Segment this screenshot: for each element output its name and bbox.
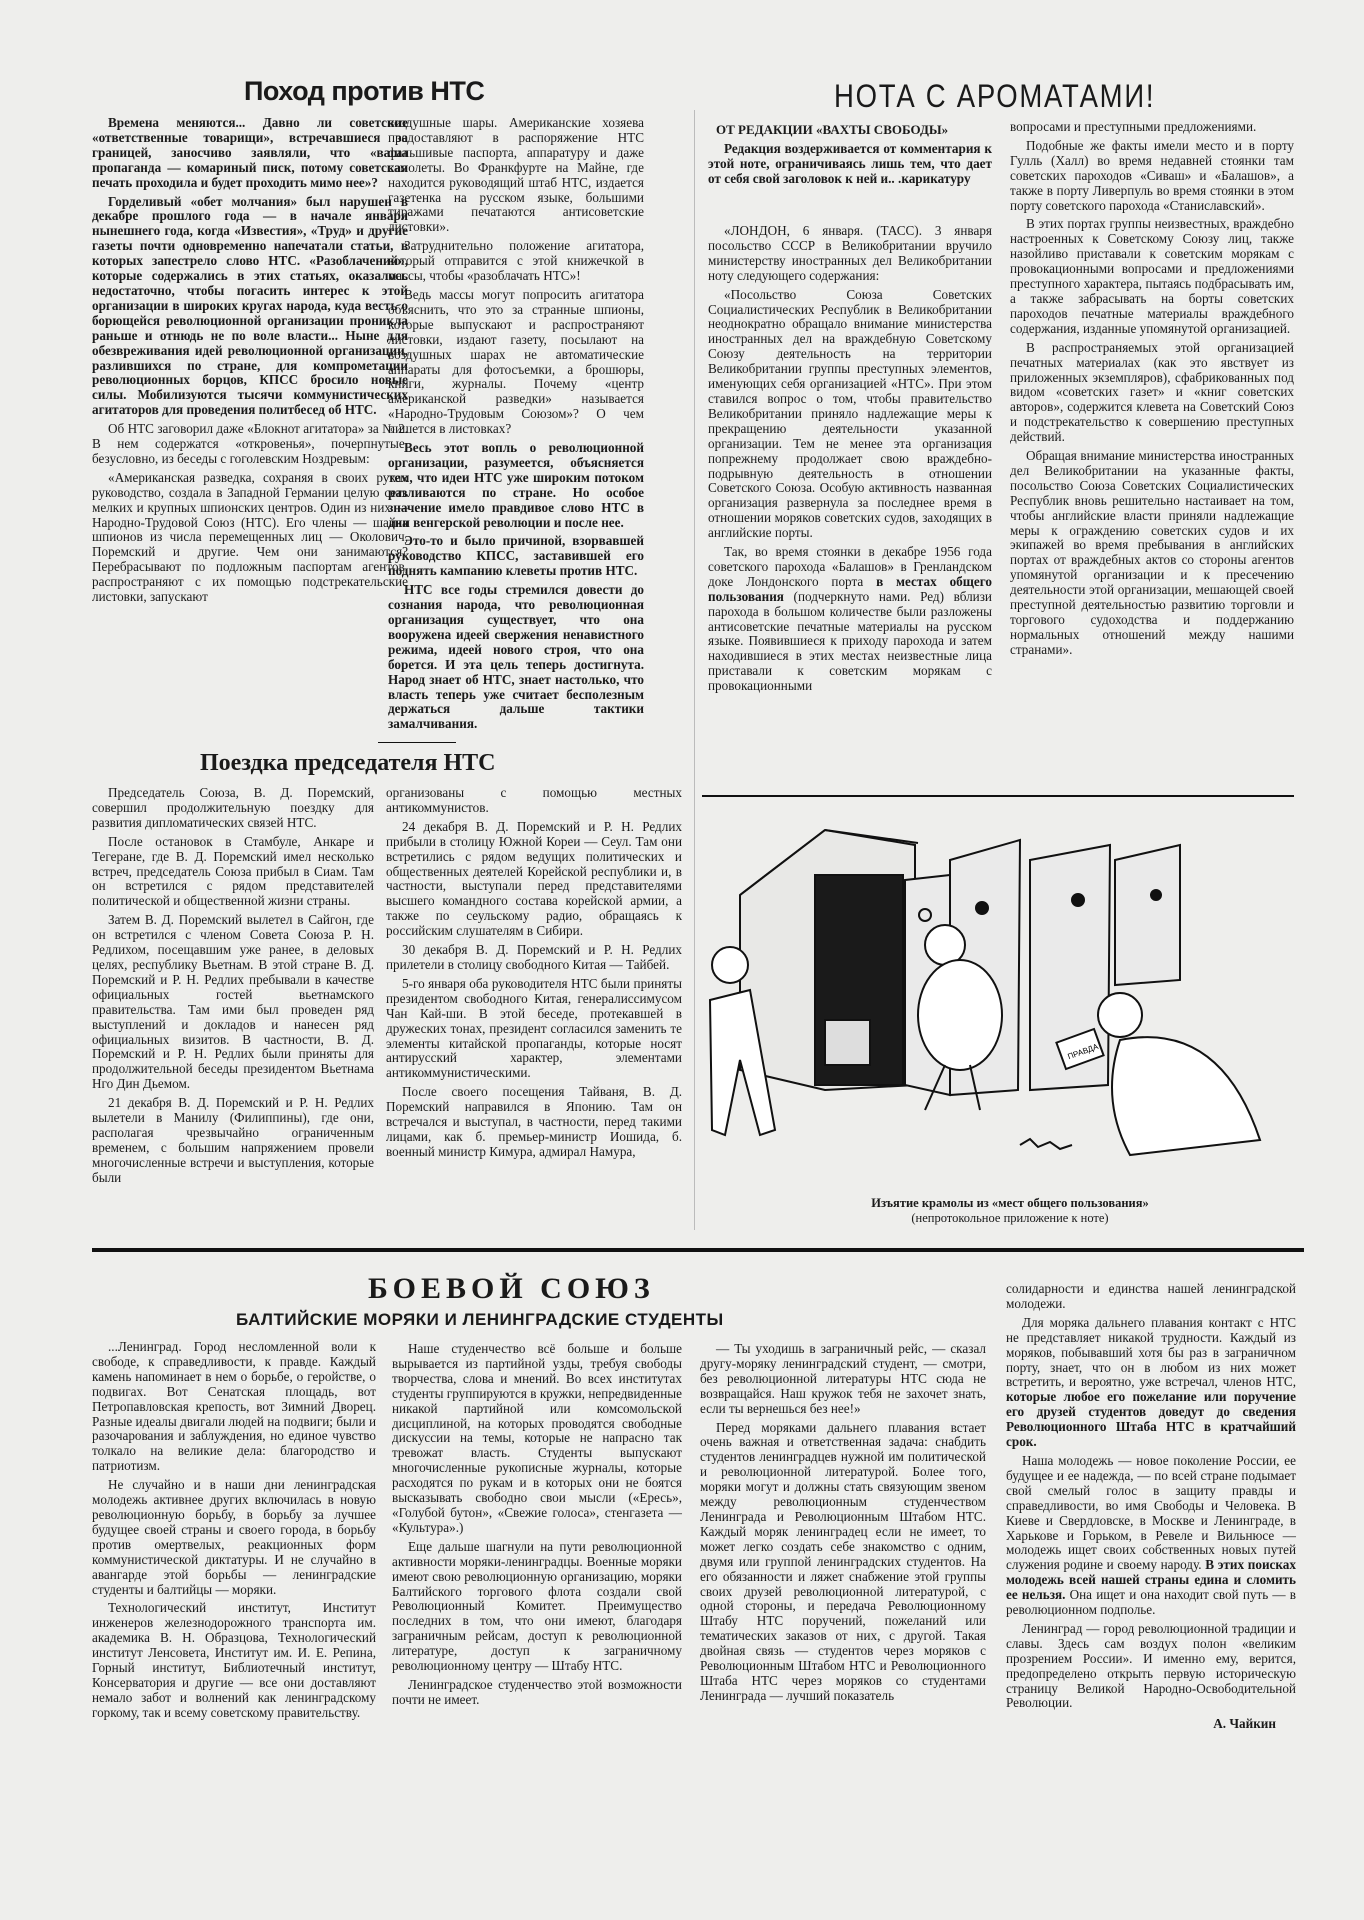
paragraph: организованы с помощью местных антикомму… (386, 786, 682, 816)
article-poezdka-column-2: организованы с помощью местных антикомму… (386, 786, 682, 1164)
article-title-boevoy-soyuz: БОЕВОЙ СОЮЗ (368, 1272, 655, 1306)
paragraph: После своего посещения Тайваня, В. Д. По… (386, 1085, 682, 1160)
article-subtitle-boevoy-soyuz: БАЛТИЙСКИЕ МОРЯКИ И ЛЕНИНГРАДСКИЕ СТУДЕН… (236, 1310, 724, 1330)
nota-column-2: вопросами и преступными предложениями.По… (1010, 120, 1294, 662)
article-pokhod-column-1: Времена меняются... Давно ли советские «… (92, 116, 408, 609)
cartoon-caption: Изъятие крамолы из «мест общего пользова… (780, 1196, 1240, 1226)
paragraph: Перед моряками дальнего плавания встает … (700, 1421, 986, 1704)
paragraph: Еще дальше шагнули на пути революционной… (392, 1540, 682, 1674)
nota-subhead: ОТ РЕДАКЦИИ «ВАХТЫ СВОБОДЫ» (716, 122, 948, 138)
paragraph: Затруднительно положение агитатора, кото… (388, 239, 644, 284)
paragraph: Обращая внимание министерства иностранны… (1010, 449, 1294, 658)
paragraph: «Посольство Союза Советских Социалистиче… (708, 288, 992, 541)
page-section-rule (92, 1248, 1304, 1252)
paragraph: ...Ленинград. Город несломленной воли к … (92, 1340, 376, 1474)
article-title-pokhod: Поход против НТС (244, 76, 484, 107)
paragraph: «ЛОНДОН, 6 января. (ТАСС). 3 января посо… (708, 224, 992, 284)
paragraph: Ленинградское студенчество этой возможно… (392, 1678, 682, 1708)
paragraph: Ленинград — город революционной традиции… (1006, 1622, 1296, 1711)
paragraph: Горделивый «обет молчания» был нарушен в… (92, 195, 408, 419)
boevoy-column-3: — Ты уходишь в заграничный рейс, — сказа… (700, 1342, 986, 1708)
paragraph: Об НТС заговорил даже «Блокнот агитатора… (92, 422, 408, 467)
section-divider (378, 742, 456, 743)
paragraph: В распространяемых этой организацией печ… (1010, 341, 1294, 445)
article-title-nota: НОТА С АРОМАТАМИ! (834, 78, 1155, 115)
cartoon-caption-subtitle: (непротокольное приложение к ноте) (780, 1211, 1240, 1226)
emphasis: в местах общего пользования (708, 574, 992, 604)
boevoy-column-2: Наше студенчество всё больше и больше вы… (392, 1342, 682, 1712)
paragraph: Весь этот вопль о революционной организа… (388, 441, 644, 530)
paragraph: В этих портах группы неизвестных, вражде… (1010, 217, 1294, 336)
paragraph: После остановок в Стамбуле, Анкаре и Тег… (92, 835, 374, 910)
emphasis: В этих поисках молодежь всей нашей стран… (1006, 1557, 1296, 1602)
paragraph: воздушные шары. Американские хозяева пре… (388, 116, 644, 235)
boevoy-column-1: ...Ленинград. Город несломленной воли к … (92, 1340, 376, 1725)
paragraph: НТС все годы стремился довести до сознан… (388, 583, 644, 732)
paragraph: Наше студенчество всё больше и больше вы… (392, 1342, 682, 1536)
paragraph: 5-го января оба руководителя НТС были пр… (386, 977, 682, 1081)
paragraph: «Американская разведка, сохраняя в своих… (92, 471, 408, 605)
paragraph: Времена меняются... Давно ли советские «… (92, 116, 408, 191)
paragraph: Это-то и было причиной, взорвавшей руков… (388, 534, 644, 579)
emphasis: которые любое его пожелание или поручени… (1006, 1389, 1296, 1449)
paragraph: 21 декабря В. Д. Поремский и Р. Н. Редли… (92, 1096, 374, 1185)
article-title-poezdka: Поездка председателя НТС (200, 750, 496, 777)
paragraph: Председатель Союза, В. Д. Поремский, сов… (92, 786, 374, 831)
paragraph: солидарности и единства нашей ленинградс… (1006, 1282, 1296, 1312)
paragraph: вопросами и преступными предложениями. (1010, 120, 1294, 135)
cartoon-caption-title: Изъятие крамолы из «мест общего пользова… (780, 1196, 1240, 1211)
paragraph: Наша молодежь — новое поколение России, … (1006, 1454, 1296, 1618)
paragraph: Подобные же факты имели место и в порту … (1010, 139, 1294, 214)
paragraph: Технологический институт, Институт инжен… (92, 1601, 376, 1720)
paragraph: 24 декабря В. Д. Поремский и Р. Н. Редли… (386, 820, 682, 939)
article-pokhod-column-2: воздушные шары. Американские хозяева пре… (388, 116, 644, 736)
paragraph: Ведь массы могут попросить агитатора объ… (388, 288, 644, 437)
paragraph: Не случайно и в наши дни ленинградская м… (92, 1478, 376, 1597)
paragraph: — Ты уходишь в заграничный рейс, — сказа… (700, 1342, 986, 1417)
cartoon-illustration: ПРАВДА (700, 800, 1300, 1190)
paragraph: Для моряка дальнего плавания контакт с Н… (1006, 1316, 1296, 1450)
nota-lead: Редакция воздерживается от комментария к… (708, 142, 992, 191)
author-signature: А. Чайкин (1006, 1717, 1296, 1732)
paragraph: Так, во время стоянки в декабре 1956 год… (708, 545, 992, 694)
cartoon-top-rule (702, 795, 1294, 797)
boevoy-column-4: солидарности и единства нашей ленинградс… (1006, 1282, 1296, 1732)
nota-column-1: «ЛОНДОН, 6 января. (ТАСС). 3 января посо… (708, 224, 992, 698)
paragraph: Затем В. Д. Поремский вылетел в Сайгон, … (92, 913, 374, 1092)
paragraph: 30 декабря В. Д. Поремский и Р. Н. Редли… (386, 943, 682, 973)
article-poezdka-column-1: Председатель Союза, В. Д. Поремский, сов… (92, 786, 374, 1190)
column-divider (694, 110, 695, 1230)
